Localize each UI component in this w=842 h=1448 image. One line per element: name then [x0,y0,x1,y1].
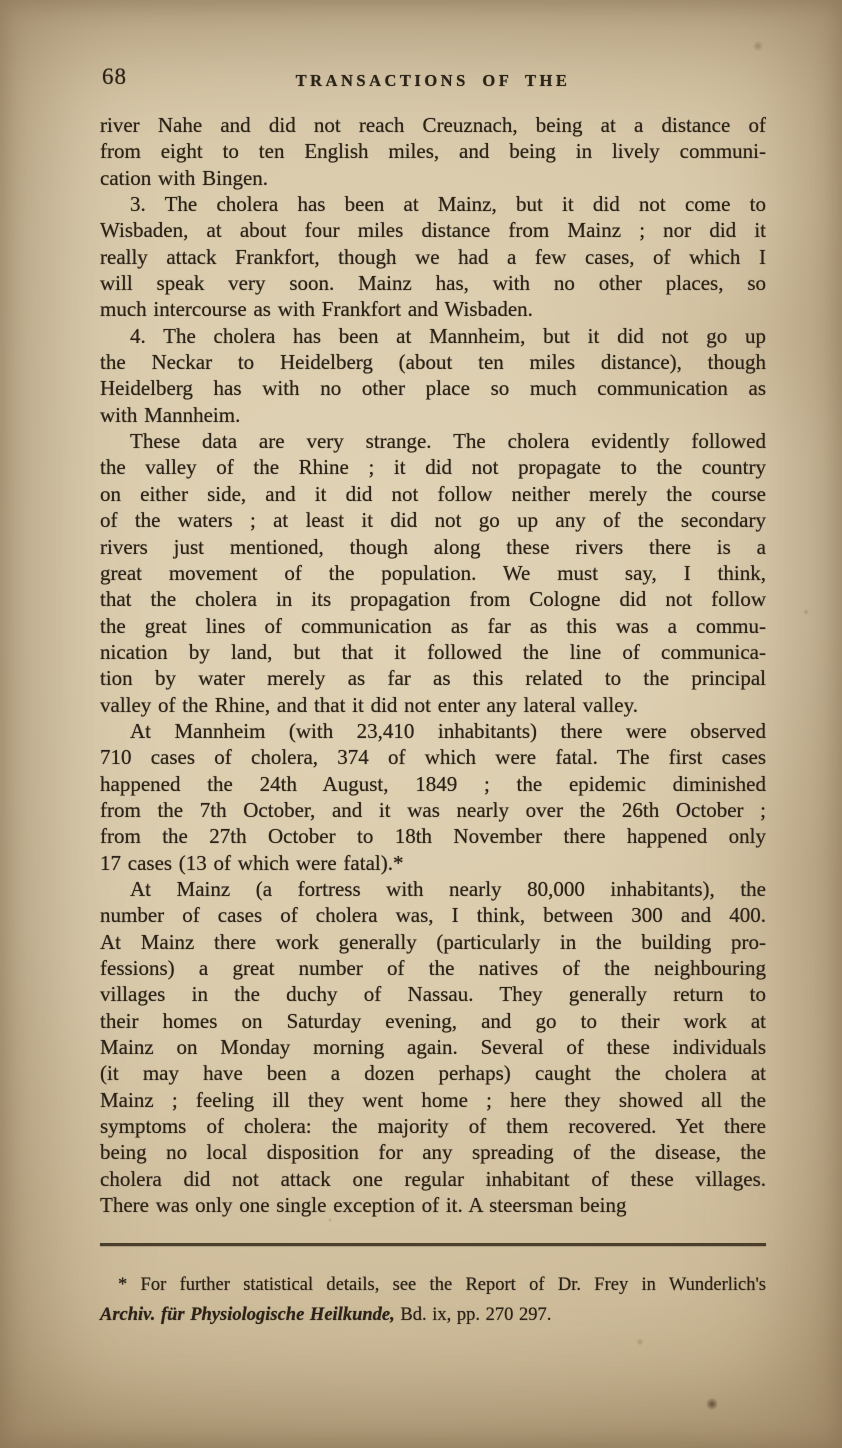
text-line: At Mannheim (with 23,410 inhabitants) th… [100,718,766,744]
text-line: (it may have been a dozen perhaps) caugh… [100,1060,766,1086]
text-line: At Mainz (a fortress with nearly 80,000 … [100,876,766,902]
body-text: river Nahe and did not reach Creuznach, … [100,112,766,1218]
text-line: their homes on Saturday evening, and go … [100,1008,766,1034]
text-line: rivers just mentioned, though along thes… [100,534,766,560]
text-line: fessions) a great number of the natives … [100,955,766,981]
text-line: from the 27th October to 18th November t… [100,823,766,849]
text-line: valley of the Rhine, and that it did not… [100,692,766,718]
text-line: At Mainz there work generally (particula… [100,929,766,955]
text-line: being no local disposition for any sprea… [100,1139,766,1165]
text-line: number of cases of cholera was, I think,… [100,902,766,928]
text-line: 17 cases (13 of which were fatal).* [100,850,766,876]
text-line: nication by land, but that it followed t… [100,639,766,665]
text-line: much intercourse as with Frankfort and W… [100,296,766,322]
text-line: happened the 24th August, 1849 ; the epi… [100,771,766,797]
text-line: river Nahe and did not reach Creuznach, … [100,112,766,138]
book-page-scan: 68 TRANSACTIONS OF THE river Nahe and di… [0,0,842,1448]
footnote-line: * For further statistical details, see t… [100,1270,766,1300]
text-line: that the cholera in its propagation from… [100,586,766,612]
text-line: symptoms of cholera: the majority of the… [100,1113,766,1139]
text-line: tion by water merely as far as this rela… [100,665,766,691]
footnote-line: Archiv. für Physiologische Heilkunde, Bd… [100,1300,766,1330]
text-line: really attack Frankfort, though we had a… [100,244,766,270]
text-line: Wisbaden, at about four miles distance f… [100,217,766,243]
text-line: 710 cases of cholera, 374 of which were … [100,744,766,770]
text-line: There was only one single exception of i… [100,1192,766,1218]
text-line: Mainz ; feeling ill they went home ; her… [100,1087,766,1113]
text-line: the valley of the Rhine ; it did not pro… [100,454,766,480]
text-line: will speak very soon. Mainz has, with no… [100,270,766,296]
text-line: with Mannheim. [100,402,766,428]
text-line: Heidelberg has with no other place so mu… [100,375,766,401]
text-line: 4. The cholera has been at Mannheim, but… [100,323,766,349]
text-line: great movement of the population. We mus… [100,560,766,586]
text-line: cholera did not attack one regular inhab… [100,1166,766,1192]
text-line: the great lines of communication as far … [100,613,766,639]
footnote: * For further statistical details, see t… [100,1270,766,1330]
text-line: of the waters ; at least it did not go u… [100,507,766,533]
text-block: 68 TRANSACTIONS OF THE river Nahe and di… [100,64,766,1330]
text-line: These data are very strange. The cholera… [100,428,766,454]
footnote-citation-pages: Bd. ix, pp. 270 297. [395,1305,552,1325]
footnote-rule [100,1243,766,1246]
text-line: the Neckar to Heidelberg (about ten mile… [100,349,766,375]
page-number: 68 [102,64,127,90]
page-header: 68 TRANSACTIONS OF THE [100,64,766,92]
text-line: villages in the duchy of Nassau. They ge… [100,981,766,1007]
text-line: 3. The cholera has been at Mainz, but it… [100,191,766,217]
running-header: TRANSACTIONS OF THE [100,64,766,91]
text-line: cation with Bingen. [100,165,766,191]
text-line: from the 7th October, and it was nearly … [100,797,766,823]
footnote-citation-title: Archiv. für Physiologische Heilkunde, [100,1305,395,1325]
text-line: on either side, and it did not follow ne… [100,481,766,507]
text-line: Mainz on Monday morning again. Several o… [100,1034,766,1060]
text-line: from eight to ten English miles, and bei… [100,138,766,164]
